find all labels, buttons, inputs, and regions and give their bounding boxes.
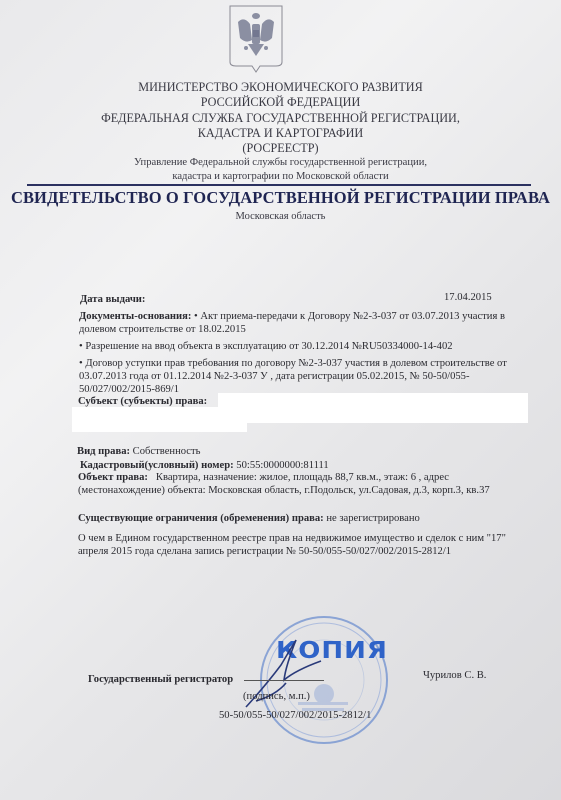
document-item-3-line-1: • Договор уступки прав требования по дог… <box>79 357 519 370</box>
encumbrances: Существующие ограничения (обременения) п… <box>78 512 420 525</box>
registrar-name: Чурилов С. В. <box>423 669 486 682</box>
service-line-3: (РОСРЕЕСТР) <box>0 141 561 156</box>
right-type-label: Вид права: <box>77 446 130 457</box>
object-label: Объект права: <box>78 472 148 483</box>
signature-record-number: 50-50/055-50/027/002/2015-2812/1 <box>219 709 371 722</box>
document-title: СВИДЕТЕЛЬСТВО О ГОСУДАРСТВЕННОЙ РЕГИСТРА… <box>0 188 561 208</box>
header-divider <box>27 184 531 186</box>
record-line-1: О чем в Едином государственном реестре п… <box>78 532 523 545</box>
right-type-value: Собственность <box>133 446 201 457</box>
certificate-page: МИНИСТЕРСТВО ЭКОНОМИЧЕСКОГО РАЗВИТИЯ РОС… <box>0 0 561 800</box>
department-line-2: кадастра и картографии по Московской обл… <box>0 170 561 184</box>
registry-record: О чем в Едином государственном реестре п… <box>78 532 523 558</box>
object-of-right: Объект права: Квартира, назначение: жило… <box>78 471 518 497</box>
document-item-1-line-1: • Акт приема-передачи к Договору №2-3-03… <box>194 311 505 322</box>
ministry-line-2: РОССИЙСКОЙ ФЕДЕРАЦИИ <box>0 95 561 110</box>
documents-label: Документы-основания: <box>79 311 191 322</box>
ministry-line-1: МИНИСТЕРСТВО ЭКОНОМИЧЕСКОГО РАЗВИТИЯ <box>0 80 561 95</box>
service-heading: ФЕДЕРАЛЬНАЯ СЛУЖБА ГОСУДАРСТВЕННОЙ РЕГИС… <box>0 111 561 156</box>
cadastral-value: 50:55:0000000:81111 <box>236 460 328 471</box>
subject-redaction-3 <box>72 420 247 432</box>
coat-of-arms-icon <box>228 4 284 74</box>
service-line-2: КАДАСТРА И КАРТОГРАФИИ <box>0 126 561 141</box>
cadastral-label: Кадастровый(условный) номер: <box>80 460 234 471</box>
encumbrances-label: Существующие ограничения (обременения) п… <box>78 513 324 524</box>
object-value-line-1: Квартира, назначение: жилое, площадь 88,… <box>156 472 449 483</box>
signature-line <box>244 680 324 681</box>
document-item-2: • Разрешение на ввод объекта в эксплуата… <box>79 340 519 353</box>
documents-basis: Документы-основания: • Акт приема-переда… <box>79 310 519 396</box>
registrar-label: Государственный регистратор <box>88 673 233 686</box>
department-line-1: Управление Федеральной службы государств… <box>0 156 561 170</box>
department-heading: Управление Федеральной службы государств… <box>0 156 561 184</box>
signature-caption: (подпись, м.п.) <box>243 690 310 703</box>
service-line-1: ФЕДЕРАЛЬНАЯ СЛУЖБА ГОСУДАРСТВЕННОЙ РЕГИС… <box>0 111 561 126</box>
issue-date-label: Дата выдачи: <box>80 293 145 306</box>
object-value-line-2: (местонахождение) объекта: Московская об… <box>78 484 518 497</box>
issue-date-value: 17.04.2015 <box>444 291 492 304</box>
document-item-3-line-2: 03.07.2013 года от 01.12.2014 №2-3-037 У… <box>79 370 519 383</box>
encumbrances-value: не зарегистрировано <box>326 513 419 524</box>
record-line-2: апреля 2015 года сделана запись регистра… <box>78 545 523 558</box>
region-subtitle: Московская область <box>0 211 561 222</box>
document-item-1-line-2: долевом строительстве от 18.02.2015 <box>79 323 519 336</box>
ministry-heading: МИНИСТЕРСТВО ЭКОНОМИЧЕСКОГО РАЗВИТИЯ РОС… <box>0 80 561 110</box>
right-type: Вид права: Собственность <box>77 445 200 458</box>
